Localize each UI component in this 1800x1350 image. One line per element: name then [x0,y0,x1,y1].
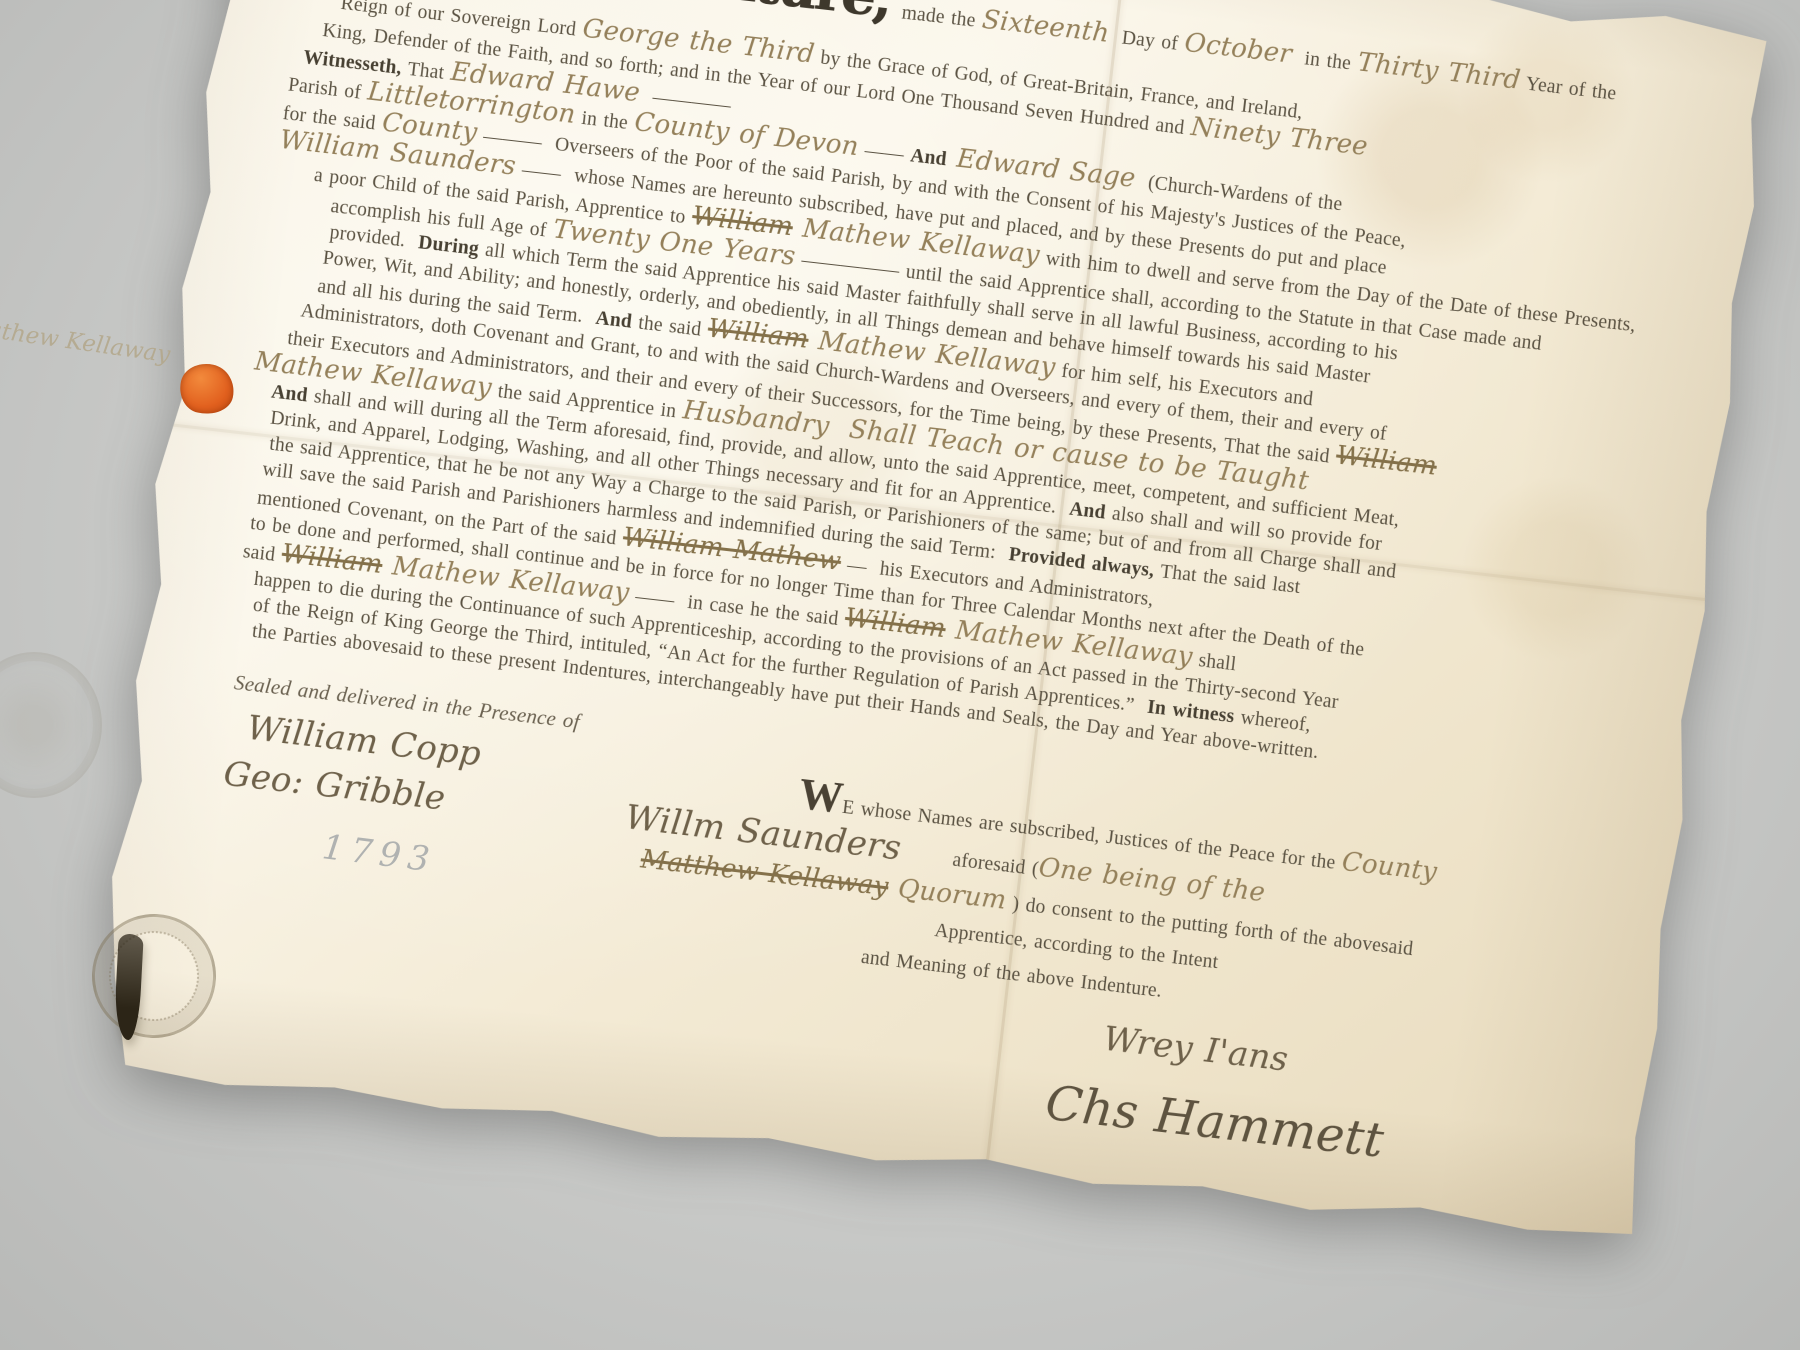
photo-background: This Indenture, made the Sixteenth Day o… [0,0,1800,1350]
dropcap-text: W [797,769,846,823]
print-text: shall [1191,649,1237,675]
embossed-seal [0,652,102,798]
margin-signature: Mathew Kellaway [0,314,172,369]
paper-wrapper: This Indenture, made the Sixteenth Day o… [85,0,1775,1249]
gothic-text: And [909,145,948,170]
print-text: Year of the [1519,73,1618,105]
indenture-paper: This Indenture, made the Sixteenth Day o… [85,0,1775,1249]
justices-block: WE whose Names are subscribed, Justices … [763,776,1439,1183]
gothic-text: And [595,308,634,333]
print-text: Day of [1108,26,1186,55]
script-text: County [1340,847,1438,888]
print-text: made the [888,1,984,32]
print-text: in the [1290,47,1358,75]
gothic-text: During [417,232,480,260]
script-text: Thirty Third [1356,47,1522,95]
gothic-text: And [1068,499,1107,524]
script-text: October [1183,28,1294,70]
gothic-text: And [270,382,309,407]
print-text: said [242,541,283,566]
print-text: in the [574,107,636,135]
sig-text: Wrey I'ans [1101,1019,1290,1080]
script-text: Sixteenth [981,5,1111,49]
document-content: This Indenture, made the Sixteenth Day o… [173,0,1629,1231]
document-body: This Indenture, made the Sixteenth Day o… [223,0,1629,792]
print-text: —— [857,139,912,166]
witness-block: Sealed and delivered in the Presence ofW… [221,661,582,839]
